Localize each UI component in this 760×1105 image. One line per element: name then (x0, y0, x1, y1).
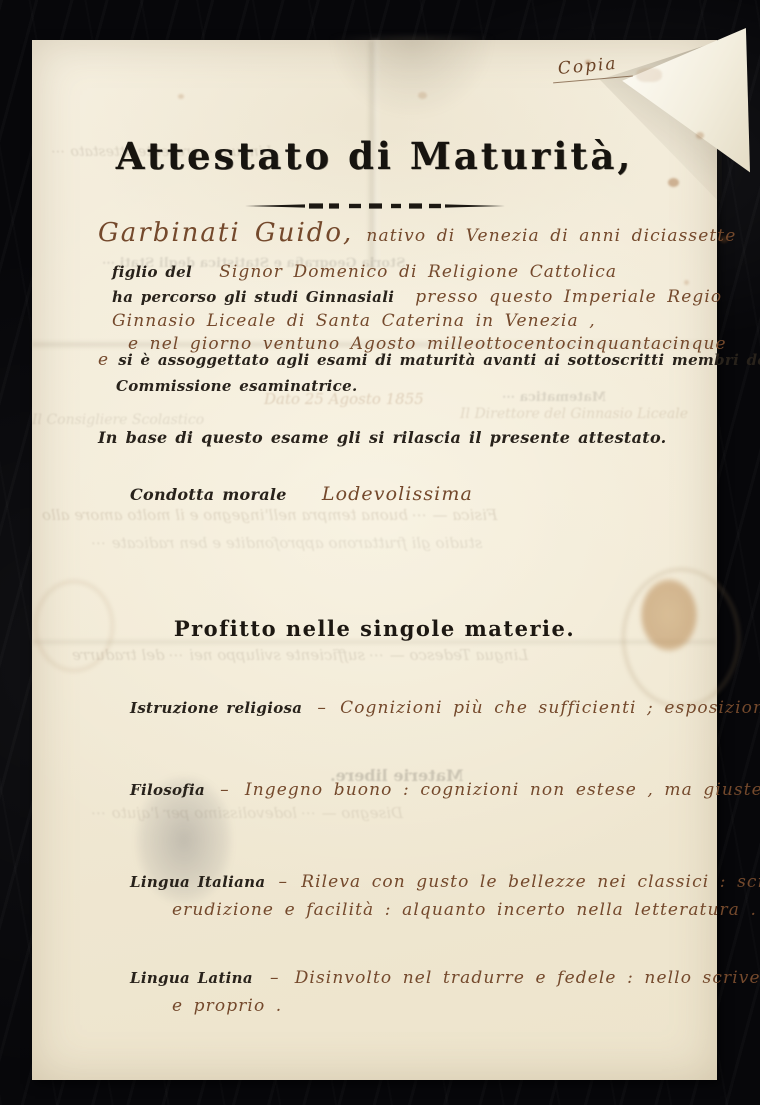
student-name-handwritten: Garbinati Guido, (98, 218, 353, 248)
bleedthrough-text: Fisica — ⋯ buona tempra nell'ingegno e i… (42, 506, 497, 524)
bleedthrough-text: Il Direttore del Ginnasio Liceale (460, 406, 688, 422)
issuing-statement: In base di questo esame gli si rilascia … (98, 428, 667, 447)
subject-row-filosofia: Filosofia – Ingegno buono : cognizioni n… (130, 780, 760, 800)
intro-line-exam: e si è assoggettato agli esami di maturi… (98, 350, 760, 370)
statement-line: In base di questo esame gli si rilascia … (98, 428, 667, 447)
grade-dash: – (279, 872, 289, 892)
intro-line-gymnasium: Ginnasio Liceale di Santa Caterina in Ve… (112, 311, 596, 331)
intro-line-name: Garbinati Guido, nativo di Venezia di an… (98, 218, 736, 248)
grade-dash: – (270, 968, 280, 988)
title-divider-ornament (245, 196, 505, 215)
subject-label: Lingua Latina (130, 969, 253, 987)
photo-background: { "document": { "annotation_copia": "Cop… (0, 0, 760, 1105)
intro-line-studies: ha percorso gli studi Ginnasiali presso … (112, 287, 722, 307)
bleedthrough-text: studio gli fruttarono approfondite e ben… (92, 534, 482, 552)
gymnasium-handwritten: Ginnasio Liceale di Santa Caterina in Ve… (112, 311, 596, 331)
grade-dash: – (317, 698, 327, 718)
subject-label: Filosofia (130, 781, 205, 799)
printed-commission: Commissione esaminatrice. (116, 377, 357, 395)
subject-grade-handwritten: Cognizioni più che sufficienti ; esposiz… (340, 698, 760, 718)
document-title: Attestato di Maturità, (32, 134, 717, 178)
printed-label-studies: ha percorso gli studi Ginnasiali (112, 288, 394, 306)
bleedthrough-text: Lingua Tedesco — ⋯ sufficiente sviluppo … (72, 646, 528, 664)
father-religion-handwritten: Signor Domenico di Religione Cattolica (219, 262, 617, 282)
bleedthrough-text: Il Consigliere Scolastico (32, 412, 204, 428)
subject-grade-handwritten: Rileva con gusto le bellezze nei classic… (301, 872, 760, 892)
conduct-label: Condotta morale (130, 485, 287, 504)
bleedthrough-text: Disegno — ⋯ lodevolissimo per l'ajuto ⋯ (92, 804, 403, 822)
bleedthrough-text: Matematica ⋯ (502, 390, 606, 405)
intro-line-father: figlio del Signor Domenico di Religione … (112, 262, 617, 282)
foxing-spot (418, 92, 427, 99)
foxing-spot (178, 94, 184, 99)
subject-grade-handwritten: e proprio . (172, 996, 282, 1016)
certificate-page: Lingua ⋯ presente attestato ⋯ Storia Geo… (32, 40, 717, 1080)
subject-row-latina: Lingua Latina – Disinvolto nel tradurre … (130, 968, 760, 988)
subject-row-latina-cont: e proprio . (172, 996, 282, 1016)
grade-dash: – (220, 780, 230, 800)
handwritten-e: e (98, 350, 109, 370)
birth-info-handwritten: nativo di Venezia di anni diciassette (366, 226, 736, 246)
subject-grade-handwritten: Ingegno buono : cognizioni non estese , … (245, 780, 760, 800)
section-heading: Profitto nelle singole materie. (32, 616, 717, 641)
subject-row-italiana: Lingua Italiana – Rileva con gusto le be… (130, 872, 760, 892)
subject-grade-handwritten: Disinvolto nel tradurre e fedele : nello… (295, 968, 760, 988)
subject-row-italiana-cont: erudizione e facilità : alquanto incerto… (172, 900, 757, 920)
foxing-spot (684, 280, 689, 285)
foxing-smear (636, 68, 662, 82)
subject-row-religione: Istruzione religiosa – Cognizioni più ch… (130, 698, 760, 718)
school-handwritten: presso questo Imperiale Regio (415, 287, 722, 307)
printed-label-figlio: figlio del (112, 263, 192, 281)
printed-exam-clause: si è assoggettato agli esami di maturità… (118, 351, 760, 369)
foxing-spot (668, 178, 679, 187)
intro-line-commission: Commissione esaminatrice. (116, 376, 357, 395)
conduct-grade-handwritten: Lodevolissima (322, 483, 473, 505)
paper-wrinkle (322, 36, 502, 126)
subject-label: Istruzione religiosa (130, 699, 302, 717)
conduct-row: Condotta morale Lodevolissima (130, 483, 473, 505)
subject-grade-handwritten: erudizione e facilità : alquanto incerto… (172, 900, 757, 920)
subject-label: Lingua Italiana (130, 873, 265, 891)
